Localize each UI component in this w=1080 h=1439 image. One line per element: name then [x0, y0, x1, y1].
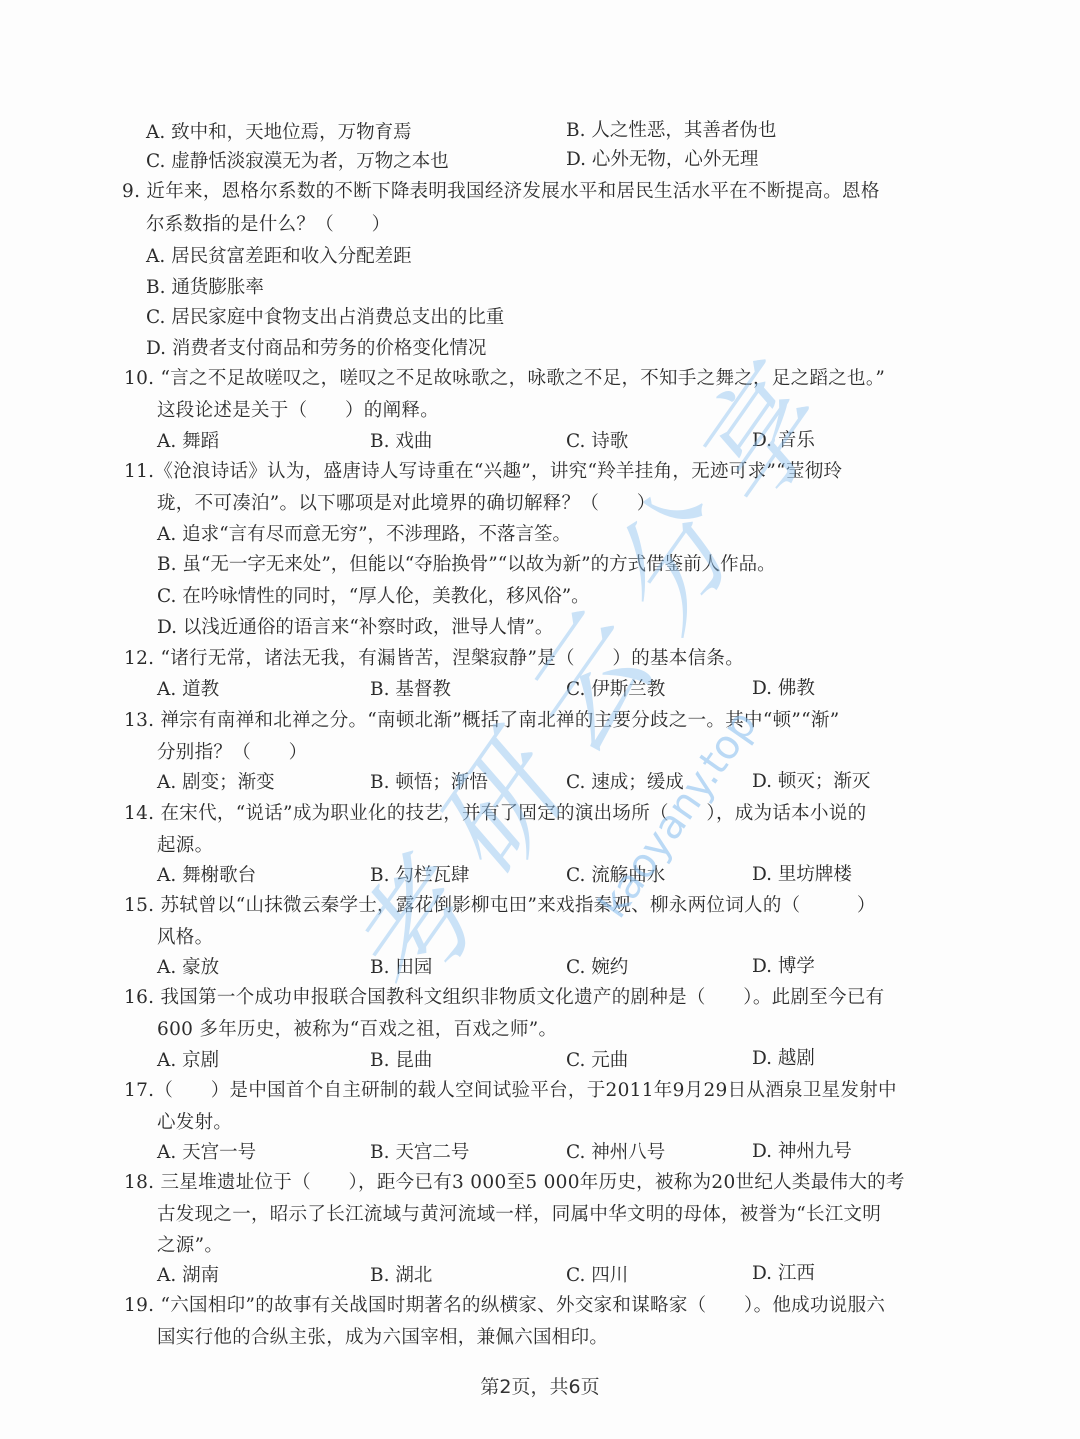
- q13-stem-line1: 13. 禅宗有南禅和北禅之分。“南顿北渐”概括了南北禅的主要分歧之一。其中“顿”…: [124, 709, 839, 733]
- q12-option-d: D. 佛教: [752, 677, 815, 701]
- q17-stem-line1: 17.（ ）是中国首个自主研制的载人空间试验平台，于2011年9月29日从酒泉卫…: [124, 1079, 897, 1103]
- q18-option-d: D. 江西: [752, 1262, 815, 1286]
- q12-option-b: B. 基督教: [370, 678, 451, 702]
- q17-stem-line2: 心发射。: [157, 1111, 232, 1135]
- q10-option-b: B. 戏曲: [370, 430, 432, 454]
- q8-option-d: D. 心外无物，心外无理: [566, 148, 758, 172]
- q15-option-c: C. 婉约: [566, 956, 628, 980]
- q15-option-b: B. 田园: [370, 956, 432, 980]
- q16-stem-line1: 16. 我国第一个成功申报联合国教科文组织非物质文化遗产的剧种是（ ）。此剧至今…: [124, 986, 884, 1010]
- q11-stem-line2: 珑，不可凑泊”。以下哪项是对此境界的确切解释？（ ）: [157, 492, 656, 516]
- q16-option-c: C. 元曲: [566, 1049, 628, 1073]
- q8-option-c: C. 虚静恬淡寂漠无为者，万物之本也: [146, 150, 449, 174]
- q11-option-d: D. 以浅近通俗的语言来“补察时政，泄导人情”。: [157, 616, 553, 640]
- q10-stem-line2: 这段论述是关于（ ）的阐释。: [157, 399, 439, 423]
- q18-option-a: A. 湖南: [157, 1264, 219, 1288]
- q15-stem-line2: 风格。: [157, 926, 213, 950]
- q16-stem-line2: 600 多年历史，被称为“百戏之祖，百戏之师”。: [157, 1018, 557, 1042]
- q8-option-a: A. 致中和，天地位焉，万物育焉: [146, 121, 412, 145]
- q15-option-a: A. 豪放: [157, 956, 219, 980]
- q16-option-a: A. 京剧: [157, 1049, 219, 1073]
- page-number: 第2页，共6页: [0, 1372, 1080, 1399]
- q17-option-c: C. 神州八号: [566, 1141, 665, 1165]
- q12-option-c: C. 伊斯兰教: [566, 678, 665, 702]
- q17-option-d: D. 神州九号: [752, 1140, 852, 1164]
- q16-option-d: D. 越剧: [752, 1047, 815, 1071]
- q9-option-c: C. 居民家庭中食物支出占消费总支出的比重: [146, 306, 504, 330]
- q19-stem-line1: 19. “六国相印”的故事有关战国时期著名的纵横家、外交家和谋略家（ ）。他成功…: [124, 1294, 885, 1318]
- q14-stem-line2: 起源。: [157, 834, 213, 858]
- q14-option-b: B. 勾栏瓦肆: [370, 864, 469, 888]
- q11-option-b: B. 虽“无一字无来处”，但能以“夺胎换骨”“以故为新”的方式借鉴前人作品。: [157, 553, 776, 577]
- q18-option-c: C. 四川: [566, 1264, 628, 1288]
- q10-stem-line1: 10. “言之不足故嗟叹之，嗟叹之不足故咏歌之，咏歌之不足，不知手之舞之，足之蹈…: [124, 367, 885, 391]
- q19-stem-line2: 国实行他的合纵主张，成为六国宰相，兼佩六国相印。: [157, 1326, 608, 1350]
- q9-option-d: D. 消费者支付商品和劳务的价格变化情况: [146, 337, 486, 361]
- q17-option-b: B. 天宫二号: [370, 1141, 469, 1165]
- q14-option-c: C. 流觞曲水: [566, 864, 665, 888]
- q11-option-a: A. 追求“言有尽而意无穷”，不涉理路，不落言筌。: [157, 523, 571, 547]
- q13-option-a: A. 剧变；渐变: [157, 771, 275, 795]
- q11-stem-line1: 11.《沧浪诗话》认为，盛唐诗人写诗重在“兴趣”，讲究“羚羊挂角，无迹可求”“莹…: [124, 460, 842, 484]
- q18-stem-line3: 之源”。: [157, 1234, 223, 1258]
- q8-option-b: B. 人之性恶，其善者伪也: [566, 119, 776, 143]
- exam-page: A. 致中和，天地位焉，万物育焉 B. 人之性恶，其善者伪也 C. 虚静恬淡寂漠…: [0, 0, 1080, 1439]
- q15-stem-line1: 15. 苏轼曾以“山抹微云秦学士，露花倒影柳屯田”来戏指秦观、柳永两位词人的（ …: [124, 894, 876, 918]
- q12-stem-line1: 12. “诸行无常，诸法无我，有漏皆苦，涅槃寂静”是（ ）的基本信条。: [124, 647, 744, 671]
- q10-option-c: C. 诗歌: [566, 430, 628, 454]
- q18-option-b: B. 湖北: [370, 1264, 432, 1288]
- q13-option-c: C. 速成；缓成: [566, 771, 684, 795]
- q16-option-b: B. 昆曲: [370, 1049, 432, 1073]
- q14-option-d: D. 里坊牌楼: [752, 863, 852, 887]
- q18-stem-line2: 古发现之一，昭示了长江流域与黄河流域一样，同属中华文明的母体，被誉为“长江文明: [157, 1203, 881, 1227]
- q9-option-a: A. 居民贫富差距和收入分配差距: [146, 245, 412, 269]
- q14-stem-line1: 14. 在宋代，“说话”成为职业化的技艺，并有了固定的演出场所（ ），成为话本小…: [124, 802, 866, 826]
- q12-option-a: A. 道教: [157, 678, 219, 702]
- q9-option-b: B. 通货膨胀率: [146, 276, 264, 300]
- q15-option-d: D. 博学: [752, 955, 815, 979]
- q13-option-d: D. 顿灭；渐灭: [752, 770, 870, 794]
- q9-stem-line1: 9. 近年来，恩格尔系数的不断下降表明我国经济发展水平和居民生活水平在不断提高。…: [122, 180, 880, 204]
- q10-option-d: D. 音乐: [752, 429, 815, 453]
- q14-option-a: A. 舞榭歌台: [157, 864, 256, 888]
- q17-option-a: A. 天宫一号: [157, 1141, 256, 1165]
- q10-option-a: A. 舞蹈: [157, 430, 219, 454]
- q18-stem-line1: 18. 三星堆遗址位于（ ），距今已有3 000至5 000年历史，被称为20世…: [124, 1171, 905, 1195]
- q13-option-b: B. 顿悟；渐悟: [370, 771, 488, 795]
- q9-stem-line2: 尔系数指的是什么？（ ）: [146, 213, 390, 237]
- q11-option-c: C. 在吟咏情性的同时，“厚人伦，美教化，移风俗”。: [157, 585, 590, 609]
- q13-stem-line2: 分别指？（ ）: [157, 741, 307, 765]
